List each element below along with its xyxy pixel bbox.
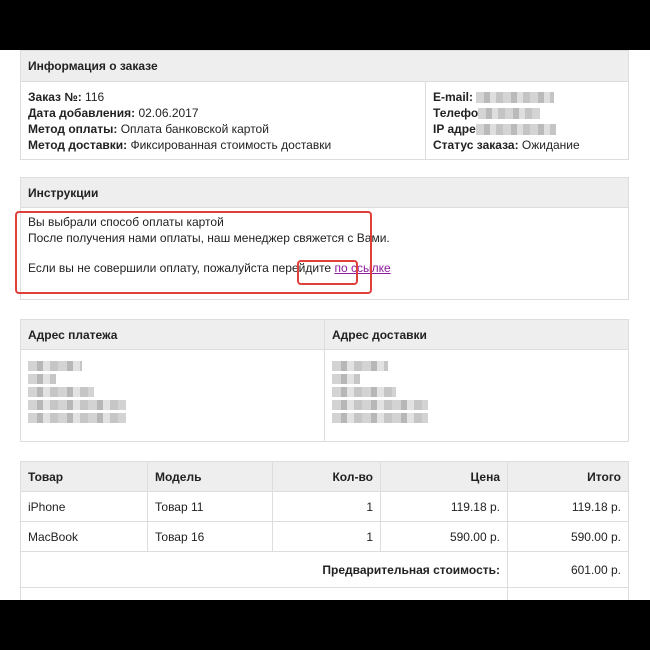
shipping-address <box>325 350 629 442</box>
payment-method: Оплата банковской картой <box>117 122 269 136</box>
col-quantity: Кол-во <box>273 462 381 492</box>
subtotal-row: Предварительная стоимость: 601.00 р. <box>21 552 629 588</box>
product-quantity: 1 <box>273 492 381 522</box>
phone-redacted <box>478 108 540 119</box>
addresses-table: Адрес платежа Адрес доставки <box>20 319 629 442</box>
product-model: Товар 11 <box>148 492 273 522</box>
payment-method-label: Метод оплаты: <box>28 122 117 136</box>
phone-label: Телефо <box>433 106 478 120</box>
instructions-title: Инструкции <box>21 178 629 208</box>
shipping-address-title: Адрес доставки <box>325 320 629 350</box>
ip-label: IP адре <box>433 122 476 136</box>
order-status-label: Статус заказа: <box>433 138 519 152</box>
col-product: Товар <box>21 462 148 492</box>
order-number: 116 <box>82 90 104 104</box>
highlight-box-link <box>297 260 358 285</box>
table-row: iPhone Товар 11 1 119.18 р. 119.18 р. <box>21 492 629 522</box>
order-info-table: Информация о заказе Заказ №: 116 Дата до… <box>20 50 629 160</box>
order-status: Ожидание <box>519 138 580 152</box>
order-number-label: Заказ №: <box>28 90 82 104</box>
ip-redacted <box>476 124 556 135</box>
order-details: Заказ №: 116 Дата добавления: 02.06.2017… <box>21 82 426 160</box>
col-model: Модель <box>148 462 273 492</box>
shipping-method: Фиксированная стоимость доставки <box>127 138 331 152</box>
subtotal-value: 601.00 р. <box>508 552 629 588</box>
product-total: 590.00 р. <box>508 522 629 552</box>
bottom-black-bar <box>0 600 650 650</box>
product-price: 590.00 р. <box>381 522 508 552</box>
product-model: Товар 16 <box>148 522 273 552</box>
product-name: iPhone <box>21 492 148 522</box>
col-total: Итого <box>508 462 629 492</box>
email-redacted <box>476 92 554 103</box>
subtotal-label: Предварительная стоимость: <box>21 552 508 588</box>
email-label: E-mail: <box>433 90 473 104</box>
shipping-method-label: Метод доставки: <box>28 138 127 152</box>
payment-address-title: Адрес платежа <box>21 320 325 350</box>
date-added-label: Дата добавления: <box>28 106 135 120</box>
product-name: MacBook <box>21 522 148 552</box>
top-black-bar <box>0 0 650 50</box>
col-price: Цена <box>381 462 508 492</box>
date-added: 02.06.2017 <box>135 106 198 120</box>
product-quantity: 1 <box>273 522 381 552</box>
customer-details: E-mail: Телефо IP адре Статус заказа: Ож… <box>426 82 629 160</box>
order-info-title: Информация о заказе <box>21 51 629 82</box>
product-total: 119.18 р. <box>508 492 629 522</box>
table-row: MacBook Товар 16 1 590.00 р. 590.00 р. <box>21 522 629 552</box>
product-price: 119.18 р. <box>381 492 508 522</box>
payment-address <box>21 350 325 442</box>
